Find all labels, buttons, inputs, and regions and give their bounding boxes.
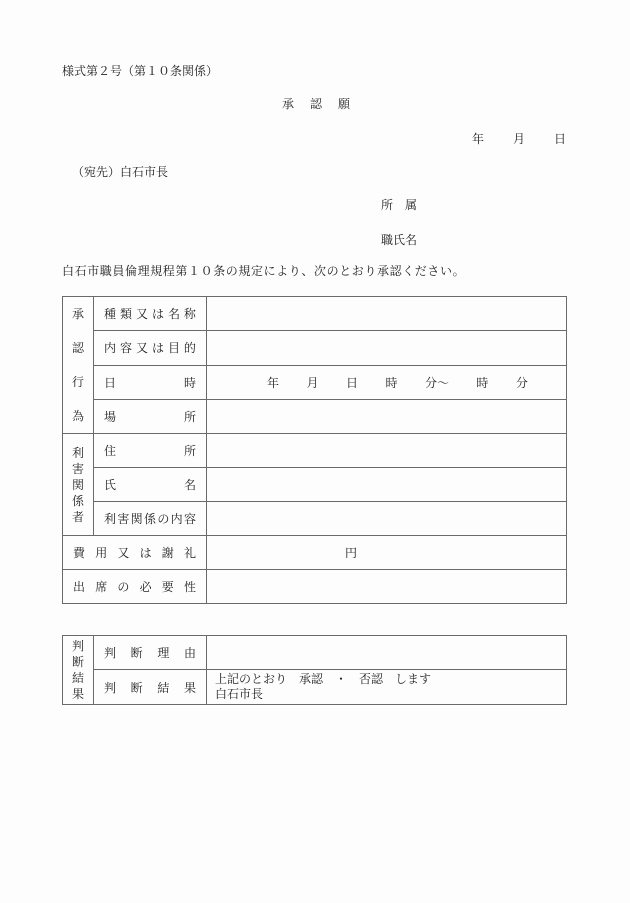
label-decision-reason: 判断理由 (94, 636, 207, 670)
day-label: 日 (554, 132, 566, 146)
approval-table: 承認行為 種類又は名称 内容又は目的 日時 年月日時分〜時分 場所 利害関係者 … (62, 296, 567, 604)
label-place: 場所 (94, 399, 207, 433)
year-label: 年 (472, 132, 484, 146)
necessity-field[interactable] (207, 570, 567, 604)
date-line: 年 月 日 (472, 132, 566, 146)
label-name: 氏名 (94, 468, 207, 502)
kind-field[interactable] (207, 297, 567, 331)
decision-result-field[interactable]: 上記のとおり 承認 ・ 否認 します 白石市長 (207, 670, 567, 705)
label-content: 内容又は目的 (94, 331, 207, 365)
intro-text: 白石市職員倫理規程第１０条の規定により、次のとおり承認ください。 (62, 264, 465, 278)
label-relation: 利害関係の内容 (94, 502, 207, 536)
label-kind: 種類又は名称 (94, 297, 207, 331)
label-datetime: 日時 (94, 365, 207, 399)
cost-field[interactable]: 円 (207, 536, 567, 570)
decision-statement: 上記のとおり 承認 ・ 否認 します (215, 672, 566, 687)
name-label: 職氏名 (381, 233, 417, 247)
content-field[interactable] (207, 331, 567, 365)
addressee: （宛先）白石市長 (72, 165, 168, 179)
datetime-field[interactable]: 年月日時分〜時分 (207, 365, 567, 399)
yen-unit: 円 (207, 544, 566, 561)
label-cost: 費用又は謝礼 (63, 536, 207, 570)
group-decision-result: 判断結果 (63, 636, 94, 705)
affiliation-label: 所 属 (381, 198, 417, 212)
form-number: 様式第２号（第１０条関係） (62, 64, 218, 78)
month-label: 月 (513, 132, 525, 146)
group-approval-action: 承認行為 (63, 297, 94, 434)
address-field[interactable] (207, 434, 567, 468)
page-title: 承 認 願 (282, 97, 352, 111)
label-necessity: 出席の必要性 (63, 570, 207, 604)
group-interested-party: 利害関係者 (63, 434, 94, 536)
decision-reason-field[interactable] (207, 636, 567, 670)
label-decision-result: 判断結果 (94, 670, 207, 705)
decision-signatory: 白石市長 (215, 687, 566, 702)
place-field[interactable] (207, 399, 567, 433)
name-field[interactable] (207, 468, 567, 502)
decision-table: 判断結果 判断理由 判断結果 上記のとおり 承認 ・ 否認 します 白石市長 (62, 635, 567, 705)
relation-field[interactable] (207, 502, 567, 536)
label-address: 住所 (94, 434, 207, 468)
